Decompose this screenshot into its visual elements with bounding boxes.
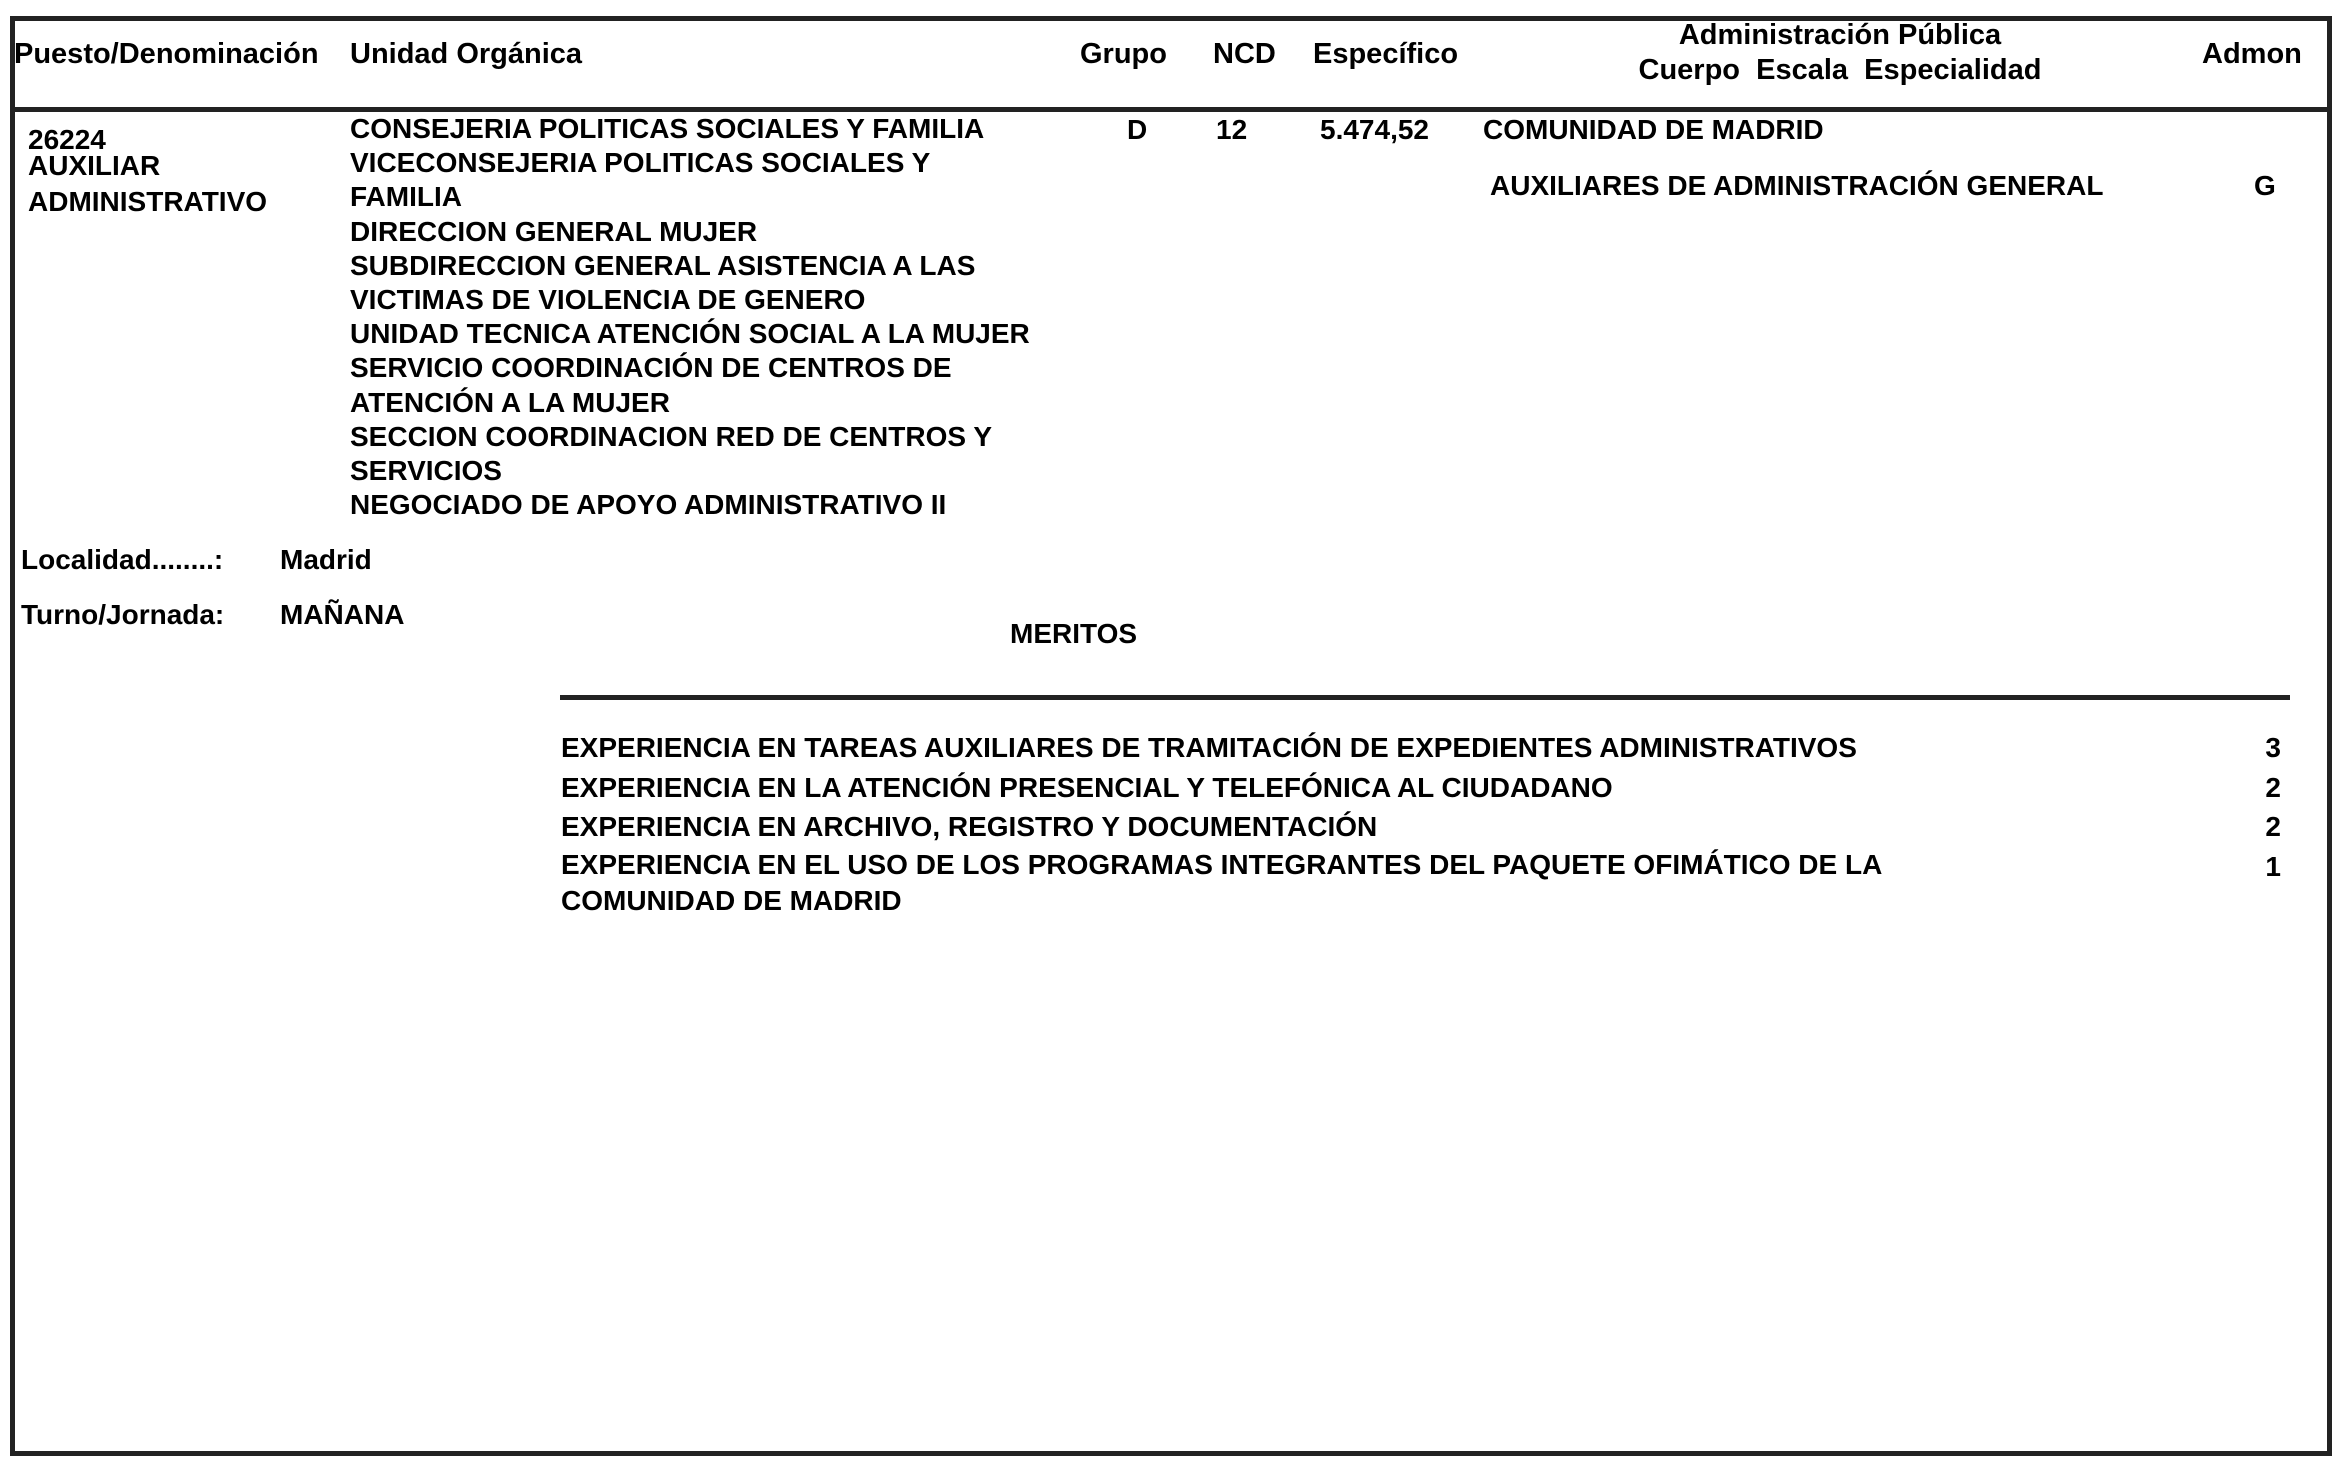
administracion-value: COMUNIDAD DE MADRID: [1483, 114, 1824, 146]
localidad-value: Madrid: [280, 544, 372, 576]
unidad-line: FAMILIA: [350, 180, 1030, 214]
merito-description: EXPERIENCIA EN EL USO DE LOS PROGRAMAS I…: [561, 847, 2001, 919]
puesto-denominacion-2: ADMINISTRATIVO: [28, 186, 267, 218]
merito-description: EXPERIENCIA EN ARCHIVO, REGISTRO Y DOCUM…: [561, 807, 2001, 847]
unidad-organica-list: CONSEJERIA POLITICAS SOCIALES Y FAMILIA …: [350, 112, 1030, 522]
admon-value: G: [2254, 170, 2276, 202]
header-cuerpo-escala: Cuerpo Escala Especialidad: [1580, 54, 2100, 86]
cuerpo-value: AUXILIARES DE ADMINISTRACIÓN GENERAL: [1490, 170, 2103, 202]
grupo-value: D: [1127, 114, 1147, 146]
header-grupo: Grupo: [1080, 38, 1167, 70]
merito-points: 1: [2265, 847, 2281, 887]
merito-row: EXPERIENCIA EN EL USO DE LOS PROGRAMAS I…: [561, 847, 2281, 919]
turno-label: Turno/Jornada:: [21, 599, 224, 631]
unidad-line: SERVICIO COORDINACIÓN DE CENTROS DE: [350, 351, 1030, 385]
puesto-denominacion-1: AUXILIAR: [28, 150, 160, 182]
header-unidad: Unidad Orgánica: [350, 38, 582, 70]
unidad-line: DIRECCION GENERAL MUJER: [350, 215, 1030, 249]
especifico-value: 5.474,52: [1320, 114, 1429, 146]
header-admin-publica: Administración Pública: [1580, 19, 2100, 51]
unidad-line: SECCION COORDINACION RED DE CENTROS Y: [350, 420, 1030, 454]
merito-row: EXPERIENCIA EN ARCHIVO, REGISTRO Y DOCUM…: [561, 807, 2281, 847]
merito-description: EXPERIENCIA EN LA ATENCIÓN PRESENCIAL Y …: [561, 768, 2001, 808]
merito-row: EXPERIENCIA EN TAREAS AUXILIARES DE TRAM…: [561, 728, 2281, 768]
unidad-line: SERVICIOS: [350, 454, 1030, 488]
merito-points: 2: [2265, 807, 2281, 847]
merito-row: EXPERIENCIA EN LA ATENCIÓN PRESENCIAL Y …: [561, 768, 2281, 808]
unidad-line: VICECONSEJERIA POLITICAS SOCIALES Y: [350, 146, 1030, 180]
unidad-line: UNIDAD TECNICA ATENCIÓN SOCIAL A LA MUJE…: [350, 317, 1030, 351]
header-ncd: NCD: [1213, 38, 1276, 70]
unidad-line: NEGOCIADO DE APOYO ADMINISTRATIVO II: [350, 488, 1030, 522]
unidad-line: ATENCIÓN A LA MUJER: [350, 386, 1030, 420]
unidad-line: SUBDIRECCION GENERAL ASISTENCIA A LAS: [350, 249, 1030, 283]
merito-description: EXPERIENCIA EN TAREAS AUXILIARES DE TRAM…: [561, 728, 2001, 768]
unidad-line: CONSEJERIA POLITICAS SOCIALES Y FAMILIA: [350, 112, 1030, 146]
meritos-list: EXPERIENCIA EN TAREAS AUXILIARES DE TRAM…: [561, 728, 2281, 919]
localidad-label: Localidad........:: [21, 544, 223, 576]
turno-value: MAÑANA: [280, 599, 404, 631]
header-especifico: Específico: [1313, 38, 1458, 70]
meritos-title: MERITOS: [1010, 618, 1137, 650]
merito-points: 2: [2265, 768, 2281, 808]
header-admon: Admon: [2202, 38, 2302, 70]
meritos-divider: [560, 695, 2290, 700]
ncd-value: 12: [1216, 114, 1247, 146]
merito-points: 3: [2265, 728, 2281, 768]
unidad-line: VICTIMAS DE VIOLENCIA DE GENERO: [350, 283, 1030, 317]
header-puesto: Puesto/Denominación: [14, 38, 319, 70]
